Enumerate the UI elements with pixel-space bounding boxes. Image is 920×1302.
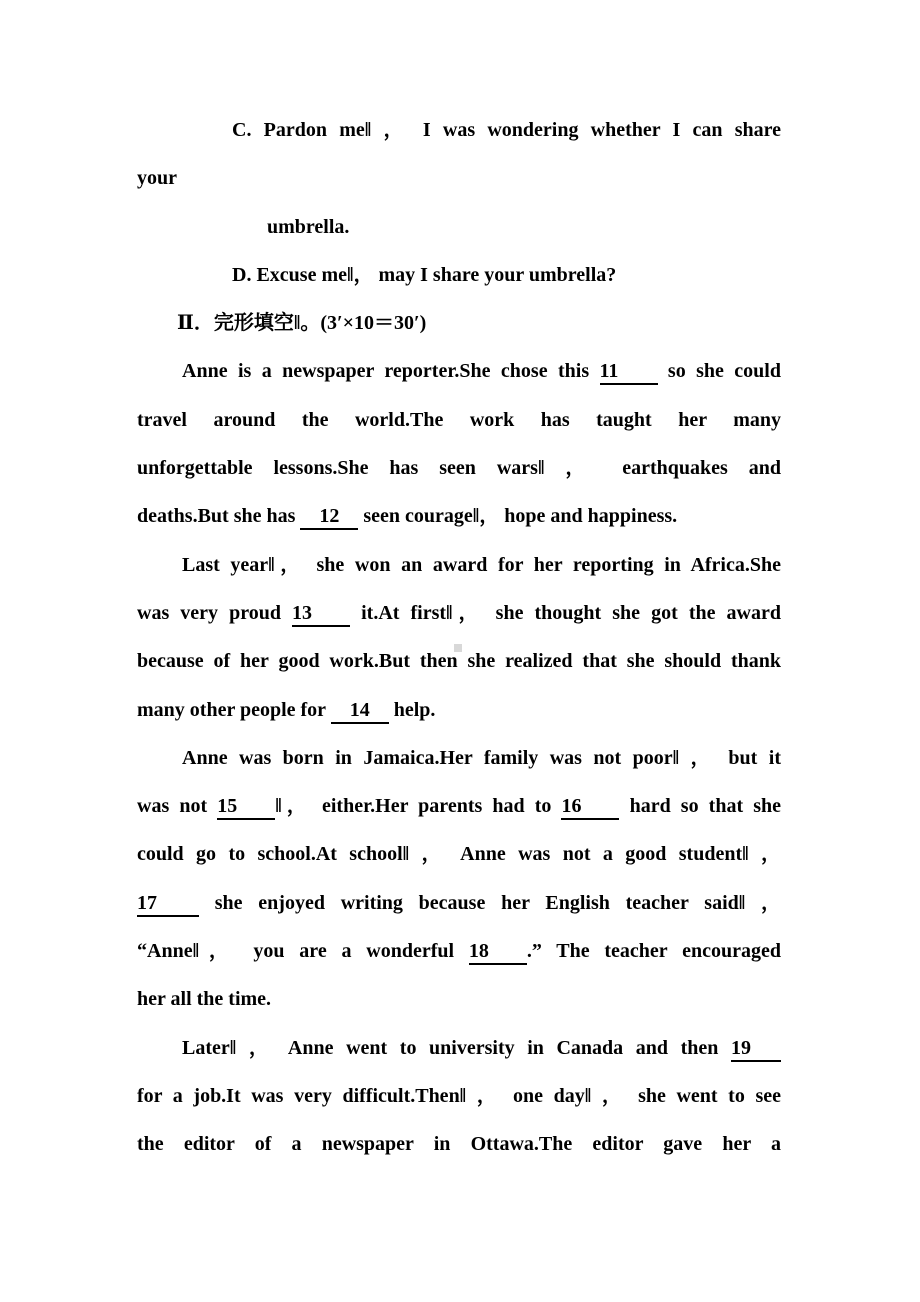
blank-13: 13 — [292, 602, 350, 627]
text-run: D. Excuse me‖， may I share your umbrella… — [232, 264, 616, 286]
text-line: was not 15‖， either.Her parents had to 1… — [137, 782, 781, 830]
blank-12: 12 — [300, 505, 358, 530]
text-line: D. Excuse me‖， may I share your umbrella… — [137, 251, 781, 299]
text-run: Later‖ ， Anne went to university in Cana… — [182, 1037, 731, 1059]
text-line: the editor of a newspaper in Ottawa.The … — [137, 1120, 781, 1168]
blank-11: 11 — [600, 360, 658, 385]
blank-17: 17 — [137, 892, 199, 917]
blank-16: 16 — [561, 795, 619, 820]
text-run: it.At first‖， she thought she got the aw… — [350, 602, 781, 624]
text-run: Anne is a newspaper reporter.She chose t… — [182, 360, 600, 382]
text-run: so she could — [658, 360, 781, 382]
page-center-marker — [454, 644, 462, 652]
text-run: your — [137, 167, 177, 189]
text-run: .” The teacher encouraged — [527, 940, 781, 962]
text-line: for a job.It was very difficult.Then‖ ， … — [137, 1072, 781, 1120]
text-line: “Anne‖， you are a wonderful 18.” The tea… — [137, 927, 781, 975]
text-run: hard so that she — [619, 795, 781, 817]
text-run: umbrella. — [267, 216, 349, 238]
text-run: unforgettable lessons.She has seen wars‖… — [137, 457, 781, 479]
text-run: Last year‖， she won an award for her rep… — [182, 554, 781, 576]
text-run: because of her good work.But then she re… — [137, 650, 781, 672]
text-line: her all the time. — [137, 975, 781, 1023]
text-run: could go to school.At school‖ ， Anne was… — [137, 843, 781, 865]
text-run: Ⅱ．完形填空‖。(3′×10＝30′) — [177, 312, 426, 334]
blank-15: 15 — [217, 795, 275, 820]
text-line: deaths.But she has 12 seen courage‖， hop… — [137, 492, 781, 540]
text-line: umbrella. — [137, 203, 781, 251]
text-line: many other people for 14 help. — [137, 686, 781, 734]
text-line: Ⅱ．完形填空‖。(3′×10＝30′) — [137, 299, 781, 347]
text-run: ‖， either.Her parents had to — [275, 795, 561, 817]
text-run: for a job.It was very difficult.Then‖ ， … — [137, 1085, 781, 1107]
text-run: she enjoyed writing because her English … — [199, 892, 781, 914]
text-run: help. — [389, 699, 436, 721]
text-run: was very proud — [137, 602, 292, 624]
text-line: 17 she enjoyed writing because her Engli… — [137, 879, 781, 927]
document-body: C. Pardon me‖ ， I was wondering whether … — [137, 106, 781, 1169]
text-run: her all the time. — [137, 988, 271, 1010]
text-line: travel around the world.The work has tau… — [137, 396, 781, 444]
text-run: “Anne‖， you are a wonderful — [137, 940, 469, 962]
blank-14: 14 — [331, 699, 389, 724]
text-run: was not — [137, 795, 217, 817]
blank-18: 18 — [469, 940, 527, 965]
text-line: Anne was born in Jamaica.Her family was … — [137, 734, 781, 782]
text-line: Anne is a newspaper reporter.She chose t… — [137, 347, 781, 395]
text-line: unforgettable lessons.She has seen wars‖… — [137, 444, 781, 492]
text-line: your — [137, 154, 781, 202]
text-line: Last year‖， she won an award for her rep… — [137, 541, 781, 589]
text-line: Later‖ ， Anne went to university in Cana… — [137, 1024, 781, 1072]
text-line: could go to school.At school‖ ， Anne was… — [137, 830, 781, 878]
text-run: C. Pardon me‖ ， I was wondering whether … — [232, 119, 781, 141]
text-run: many other people for — [137, 699, 331, 721]
text-line: was very proud 13 it.At first‖， she thou… — [137, 589, 781, 637]
text-run: Anne was born in Jamaica.Her family was … — [182, 747, 781, 769]
text-run: deaths.But she has — [137, 505, 300, 527]
text-run: travel around the world.The work has tau… — [137, 409, 781, 431]
text-run: seen courage‖， hope and happiness. — [358, 505, 677, 527]
document-page: C. Pardon me‖ ， I was wondering whether … — [0, 0, 920, 1302]
text-line: C. Pardon me‖ ， I was wondering whether … — [137, 106, 781, 154]
text-run: the editor of a newspaper in Ottawa.The … — [137, 1133, 781, 1155]
blank-19: 19 — [731, 1037, 781, 1062]
